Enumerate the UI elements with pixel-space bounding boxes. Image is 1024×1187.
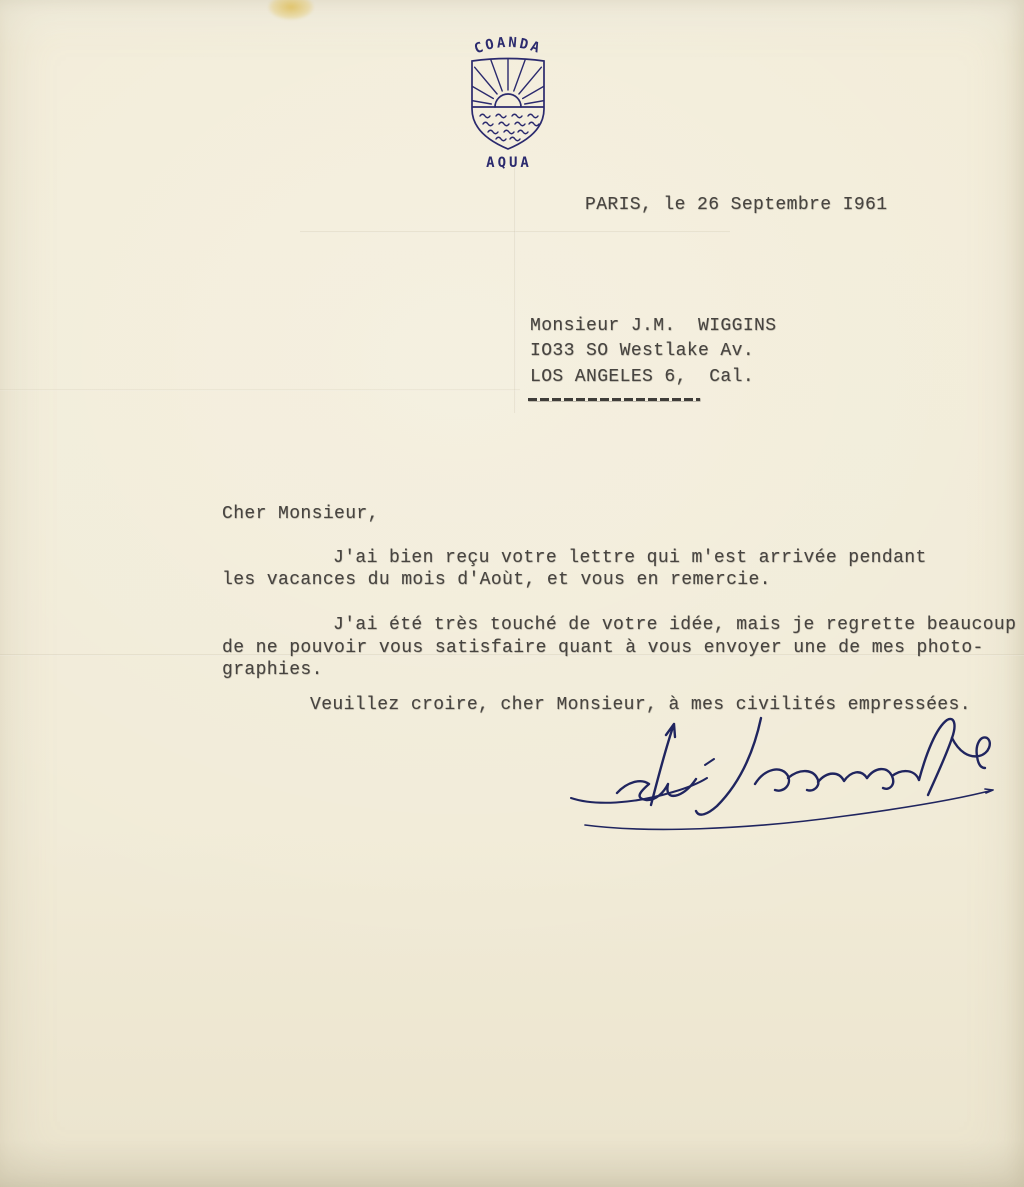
recipient-city: LOS ANGELES 6, Cal.	[530, 367, 754, 387]
brand-arc-text: COANDA	[472, 35, 544, 57]
crease-line	[0, 389, 520, 391]
paragraph-line: graphies.	[222, 659, 323, 682]
typed-underline	[528, 398, 700, 401]
paragraph-line: les vacances du mois d'Aoùt, et vous en …	[222, 569, 771, 592]
recipient-name: Monsieur J.M. WIGGINS	[530, 316, 776, 336]
paragraph-line: de ne pouvoir vous satisfaire quant à vo…	[222, 637, 984, 660]
recipient-street: IO33 SO Westlake Av.	[530, 341, 754, 361]
crease-line	[300, 231, 730, 233]
paragraph-line: J'ai été très touché de votre idée, mais…	[333, 614, 1016, 637]
letter-sheet: COANDA	[0, 0, 1024, 1187]
letterhead-emblem: COANDA	[458, 31, 558, 171]
salutation: Cher Monsieur,	[222, 503, 379, 526]
crease-line	[514, 168, 516, 413]
motto-text: AQUA	[486, 155, 532, 171]
signature	[555, 712, 1005, 837]
dateline: PARIS, le 26 Septembre I961	[585, 195, 887, 215]
tape-stain	[268, 0, 314, 20]
paragraph-line: J'ai bien reçu votre lettre qui m'est ar…	[333, 547, 927, 570]
